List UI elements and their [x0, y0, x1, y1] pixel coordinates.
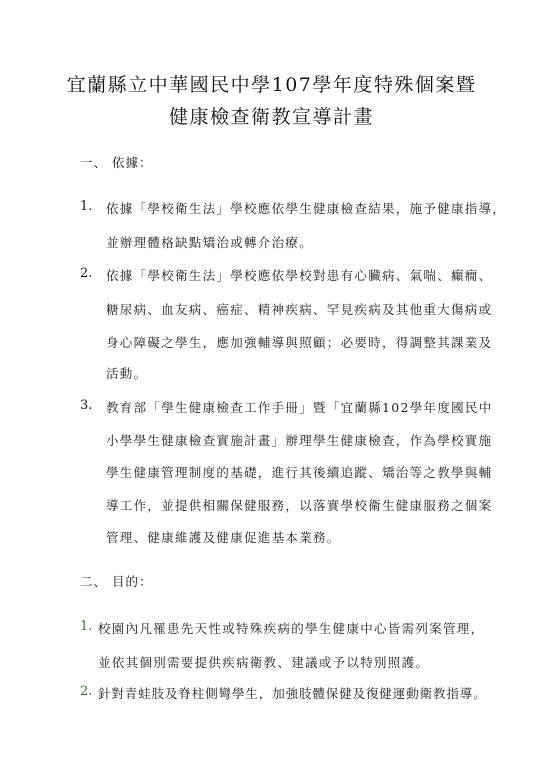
item-line: 針對青蛙肢及脊柱側彎學生，加強肢體保健及復健運動衛教指導。 [98, 684, 487, 702]
item-line: 依據「學校衛生法」學校應依學校對患有心臟病、氣喘、癲癇、 [106, 266, 492, 284]
section-heading-basis: 一、 依據： [80, 153, 152, 171]
item-line: 導工作，並提供相關保健服務，以落實學校衛生健康服務之個案 [106, 496, 492, 514]
item-number: 3. [80, 398, 92, 413]
document-title-line-1: 宜蘭縣立中華國民中學107學年度特殊個案暨 [0, 70, 543, 97]
item-line: 並依其個別需要提供疾病衛教、建議或予以特別照護。 [98, 653, 429, 671]
document-page: 宜蘭縣立中華國民中學107學年度特殊個案暨 健康檢查衛教宣導計畫 一、 依據： … [0, 0, 543, 768]
item-line: 校園內凡罹患先天性或特殊疾病的學生健康中心皆需列案管理， [98, 619, 484, 637]
item-line: 糖尿病、血友病、癌症、精神疾病、罕見疾病及其他重大傷病或 [106, 300, 492, 318]
item-line: 學生健康管理制度的基礎，進行其後續追蹤、矯治等之教學與輔 [106, 463, 492, 481]
item-line: 小學學生健康檢查實施計畫」辦理學生健康檢查，作為學校實施 [106, 431, 492, 449]
item-line: 管理、健康維護及健康促進基本業務。 [106, 528, 341, 546]
item-number: 1. [80, 199, 92, 214]
item-line: 身心障礙之學生，應加強輔導與照顧；必要時，得調整其課業及 [106, 333, 492, 351]
item-number: 2. [80, 684, 92, 699]
section-heading-purpose: 二、 目的： [80, 572, 152, 590]
item-line: 教育部「學生健康檢查工作手冊」暨「宜蘭縣102學年度國民中 [106, 398, 493, 416]
item-line: 並辦理體格缺點矯治或轉介治療。 [106, 233, 313, 251]
item-number: 1. [80, 619, 92, 634]
item-line: 依據「學校衛生法」學校應依學生健康檢查結果，施予健康指導， [106, 199, 506, 217]
item-number: 2. [80, 266, 92, 281]
item-line: 活動。 [106, 364, 147, 382]
document-title-line-2: 健康檢查衛教宣導計畫 [0, 102, 543, 129]
